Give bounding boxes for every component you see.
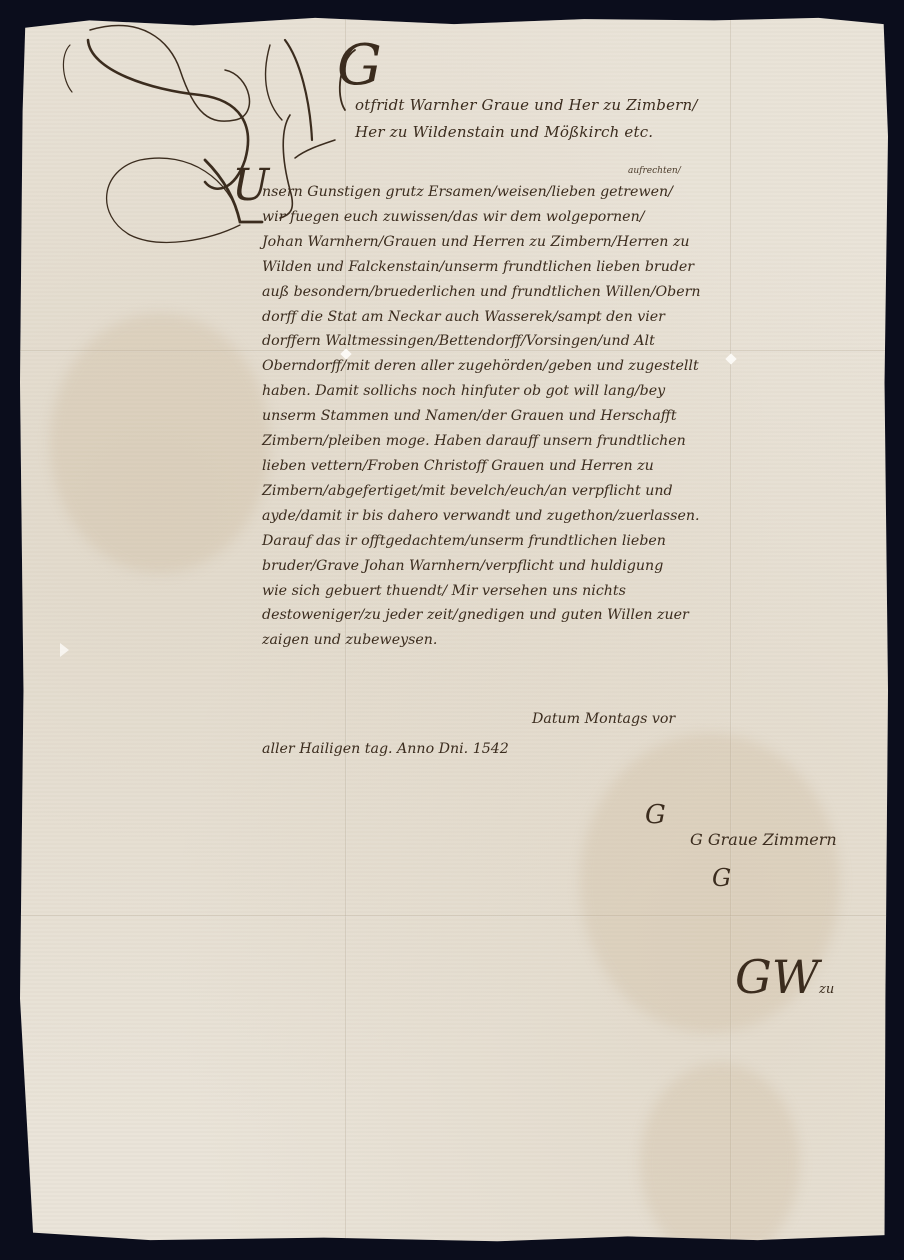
signature-name: G Graue Zimmern [690, 830, 837, 849]
body-line: unserm Stammen und Namen/der Grauen und … [262, 404, 852, 429]
body-line: Oberndorff/mit deren aller zugehörden/ge… [262, 354, 852, 379]
body-line: wie sich gebuert thuendt/ Mir versehen u… [262, 579, 852, 604]
body-line: Wilden und Falckenstain/unserm frundtlic… [262, 255, 852, 280]
body-line: dorffern Waltmessingen/Bettendorff/Vorsi… [262, 329, 852, 354]
monogram: GW [735, 950, 819, 1004]
body-line: Darauf das ir offtgedachtem/unserm frund… [262, 529, 852, 554]
body-line: dorff die Stat am Neckar auch Wasserek/s… [262, 305, 852, 330]
signature-mark: G [645, 800, 666, 830]
body-line: bruder/Grave Johan Warnhern/verpflicht u… [262, 554, 852, 579]
dating-line: Datum Montags vor [262, 704, 852, 734]
interlinear-insertion: aufrechten/ [628, 166, 681, 176]
body-line: haben. Damit sollichs noch hinfuter ob g… [262, 379, 852, 404]
body-line: ayde/damit ir bis dahero verwandt und zu… [262, 504, 852, 529]
body-line: destoweniger/zu jeder zeit/gnedigen und … [262, 603, 852, 628]
letter-heading: G otfridt Warnher Graue und Her zu Zimbe… [355, 92, 825, 146]
letter-body: U nsern Gunstigen grutz Ersamen/weisen/l… [262, 180, 852, 653]
signature-mark: G [712, 864, 731, 892]
body-line: auß besondern/bruederlichen und frundtli… [262, 280, 852, 305]
body-line: zaigen und zubeweysen. [262, 628, 852, 653]
body-initial: U [232, 174, 269, 199]
heading-line: Her zu Wildenstain und Mößkirch etc. [355, 119, 825, 146]
dating-line: aller Hailigen tag. Anno Dni. 1542 [262, 734, 852, 764]
dating-clause: Datum Montags vor aller Hailigen tag. An… [262, 704, 852, 764]
body-line: wir fuegen euch zuwissen/das wir dem wol… [262, 205, 852, 230]
monogram-signature: GWzu [735, 950, 834, 1004]
body-line: lieben vettern/Froben Christoff Grauen u… [262, 454, 852, 479]
monogram-suffix: zu [819, 982, 834, 997]
body-line: Zimbern/abgefertiget/mit bevelch/euch/an… [262, 479, 852, 504]
body-line: Zimbern/pleiben moge. Haben darauff unse… [262, 429, 852, 454]
body-line: nsern Gunstigen grutz Ersamen/weisen/lie… [262, 180, 852, 205]
body-line: Johan Warnhern/Grauen und Herren zu Zimb… [262, 230, 852, 255]
heading-line: otfridt Warnher Graue und Her zu Zimbern… [355, 92, 825, 119]
heading-initial: G [337, 52, 382, 79]
